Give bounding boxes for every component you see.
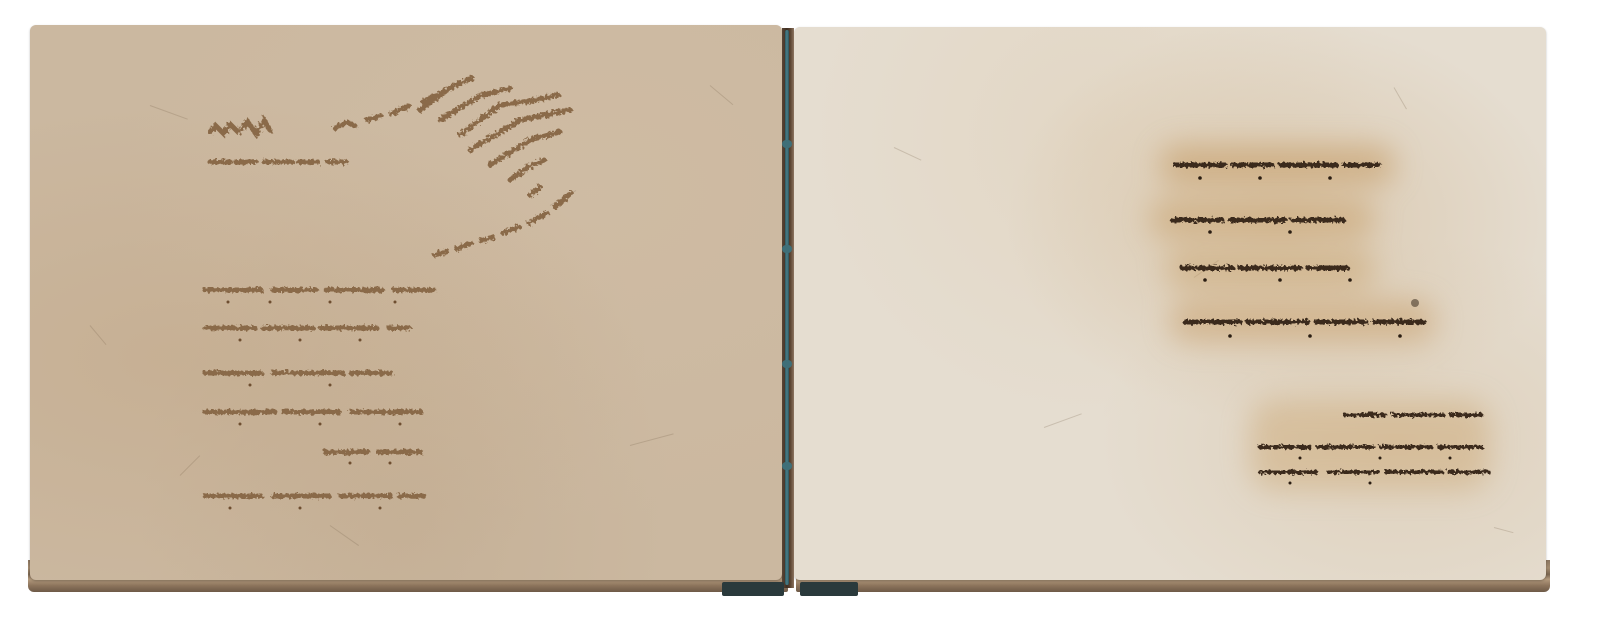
right-page (794, 27, 1546, 580)
spine-tape-left (722, 582, 784, 596)
open-artist-book (0, 0, 1600, 635)
stitch-knot (782, 140, 792, 148)
stitch-knot (782, 245, 792, 253)
binding-thread (785, 30, 789, 585)
stitch-knot (782, 360, 792, 368)
spine-tape-right (800, 582, 858, 596)
stitch-knot (782, 462, 792, 470)
left-page (30, 25, 782, 580)
